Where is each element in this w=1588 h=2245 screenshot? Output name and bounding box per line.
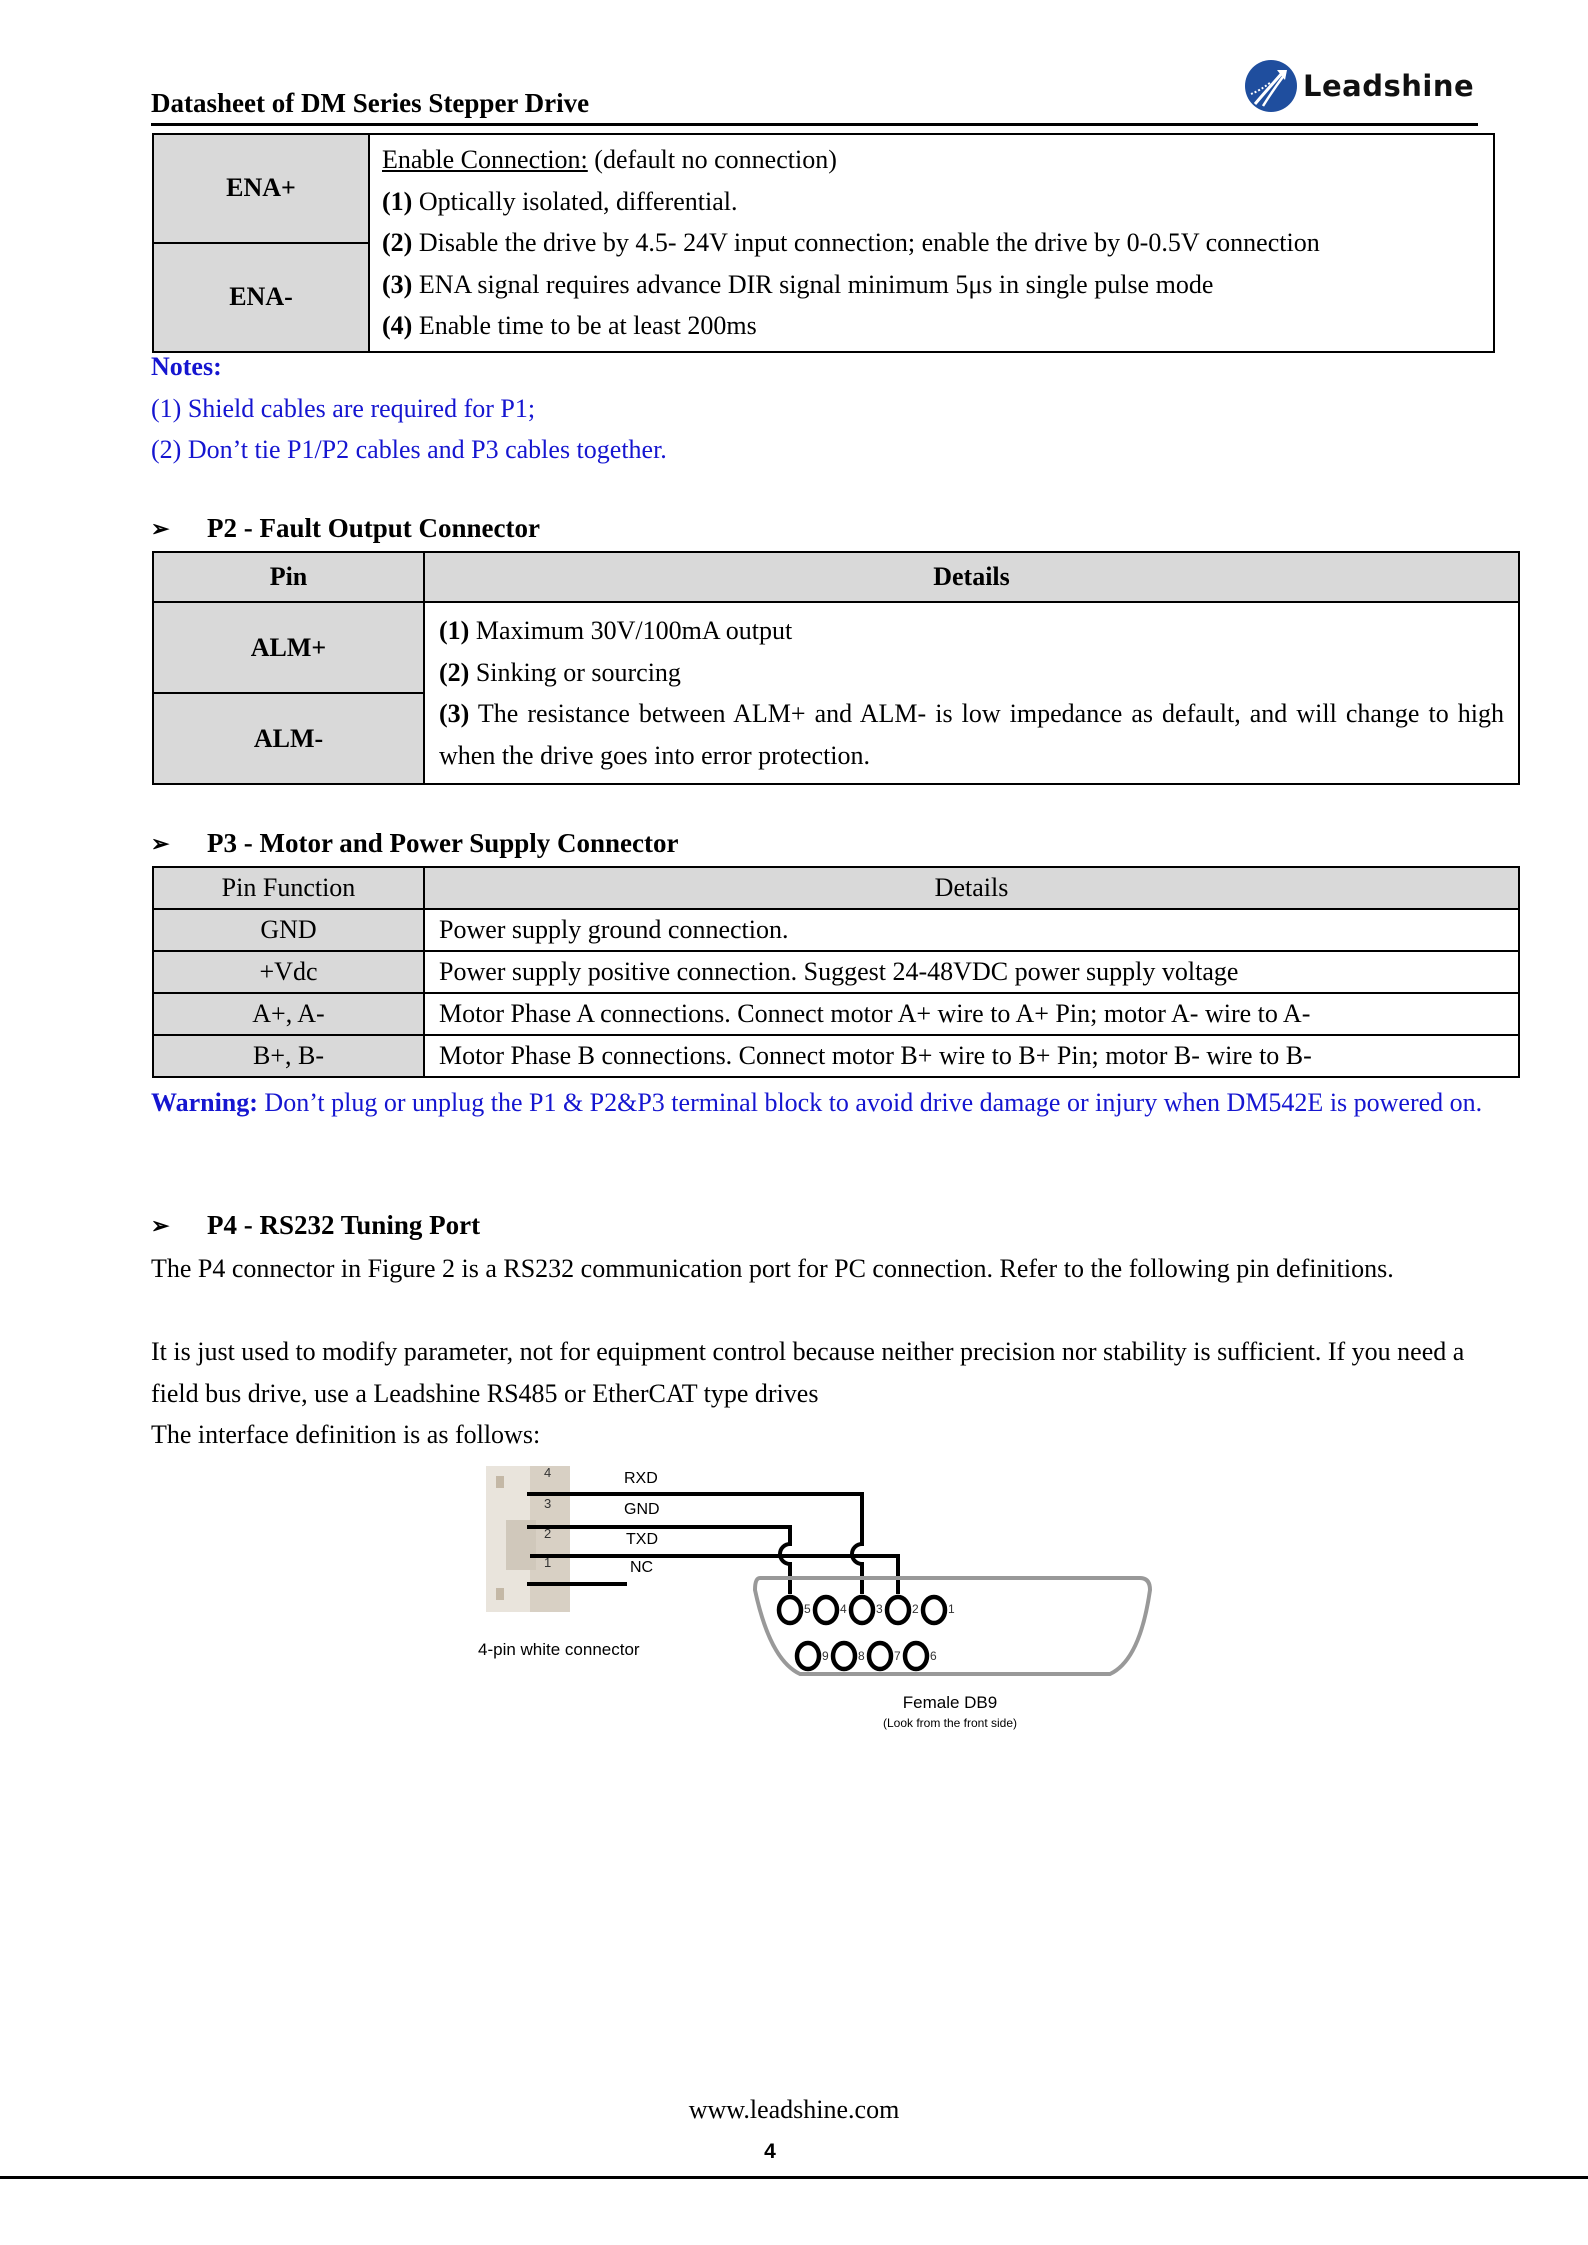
db9-pin-num: 4: [840, 1602, 847, 1616]
arrow-bullet-icon: ➢: [151, 1213, 207, 1239]
connector-pin-num: 4: [544, 1465, 551, 1480]
connector-pin-num: 3: [544, 1496, 551, 1511]
pin-detail: Motor Phase A connections. Connect motor…: [424, 993, 1519, 1035]
footer-url[interactable]: www.leadshine.com: [0, 2095, 1588, 2125]
notes: Notes: (1) Shield cables are required fo…: [151, 346, 667, 471]
db9-pin-num: 1: [948, 1602, 955, 1616]
document-title: Datasheet of DM Series Stepper Drive: [151, 88, 589, 119]
pin-alm-plus: ALM+: [153, 602, 424, 693]
p2-detail-1: (1) Maximum 30V/100mA output: [439, 610, 1504, 652]
pin-ena-minus: ENA-: [153, 243, 369, 352]
warning-label: Warning:: [151, 1088, 258, 1117]
note-item: (1) Shield cables are required for P1;: [151, 388, 667, 430]
col-pin: Pin: [153, 552, 424, 602]
arrow-bullet-icon: ➢: [151, 831, 207, 857]
col-details: Details: [424, 867, 1519, 909]
ena-details-heading-suffix: (default no connection): [588, 145, 837, 174]
warning-text: Don’t plug or unplug the P1 & P2&P3 term…: [258, 1088, 1482, 1117]
p2-heading: ➢ P2 - Fault Output Connector: [151, 513, 540, 544]
note-item: (2) Don’t tie P1/P2 cables and P3 cables…: [151, 429, 667, 471]
db9-title: Female DB9: [760, 1693, 1140, 1713]
p2-detail-2: (2) Sinking or sourcing: [439, 652, 1504, 694]
p4-paragraph-3: The interface definition is as follows:: [151, 1414, 1517, 1456]
brand-logo: Leadshine: [1245, 60, 1474, 112]
signal-label: GND: [624, 1501, 660, 1519]
pin-function: A+, A-: [153, 993, 424, 1035]
ena-detail-1: (1) Optically isolated, differential.: [382, 181, 1481, 223]
pin-detail: Power supply ground connection.: [424, 909, 1519, 951]
logo-text: Leadshine: [1303, 69, 1474, 103]
header-rule: [151, 123, 1478, 126]
db9-pin-num: 3: [876, 1602, 883, 1616]
ena-details-heading: Enable Connection:: [382, 145, 588, 174]
p2-details: (1) Maximum 30V/100mA output (2) Sinking…: [424, 602, 1519, 784]
db9-pin-num: 2: [912, 1602, 919, 1616]
arrow-bullet-icon: ➢: [151, 516, 207, 542]
warning: Warning: Don’t plug or unplug the P1 & P…: [151, 1082, 1519, 1124]
signal-label: RXD: [624, 1470, 658, 1488]
table-row: GND Power supply ground connection.: [153, 909, 1519, 951]
p4-heading-text: P4 - RS232 Tuning Port: [207, 1210, 480, 1241]
leadshine-logo-icon: [1245, 60, 1297, 112]
signal-label: NC: [630, 1559, 653, 1577]
p3-table: Pin Function Details GND Power supply gr…: [152, 866, 1520, 1078]
col-details: Details: [424, 552, 1519, 602]
pin-function: +Vdc: [153, 951, 424, 993]
ena-table: ENA+ Enable Connection: (default no conn…: [152, 133, 1495, 353]
p2-heading-text: P2 - Fault Output Connector: [207, 513, 540, 544]
signal-label: TXD: [626, 1531, 658, 1549]
4pin-connector-icon: [486, 1466, 570, 1612]
p3-heading: ➢ P3 - Motor and Power Supply Connector: [151, 828, 679, 859]
pin-ena-plus: ENA+: [153, 134, 369, 243]
ena-details: Enable Connection: (default no connectio…: [369, 134, 1494, 352]
notes-title: Notes:: [151, 346, 667, 388]
ena-detail-2: (2) Disable the drive by 4.5- 24V input …: [382, 222, 1481, 264]
pin-alm-minus: ALM-: [153, 693, 424, 784]
table-row: A+, A- Motor Phase A connections. Connec…: [153, 993, 1519, 1035]
p4-paragraph-2: It is just used to modify parameter, not…: [151, 1331, 1517, 1414]
table-row: B+, B- Motor Phase B connections. Connec…: [153, 1035, 1519, 1077]
p3-heading-text: P3 - Motor and Power Supply Connector: [207, 828, 679, 859]
pin-detail: Power supply positive connection. Sugges…: [424, 951, 1519, 993]
p2-table: Pin Details ALM+ (1) Maximum 30V/100mA o…: [152, 551, 1520, 785]
connector-pin-num: 1: [544, 1555, 551, 1570]
ena-detail-4: (4) Enable time to be at least 200ms: [382, 305, 1481, 347]
footer-rule: [0, 2176, 1588, 2179]
db9-pin-num: 8: [858, 1649, 865, 1663]
ena-detail-3: (3) ENA signal requires advance DIR sign…: [382, 264, 1481, 306]
pin-function: GND: [153, 909, 424, 951]
col-pin-function: Pin Function: [153, 867, 424, 909]
page-number: 4: [0, 2140, 1540, 2164]
db9-subtitle: (Look from the front side): [760, 1716, 1140, 1730]
p4-paragraph-1: The P4 connector in Figure 2 is a RS232 …: [151, 1248, 1517, 1290]
rs232-wiring-diagram: 4 3 2 1 RXD GND TXD NC 4-pin white conne…: [470, 1460, 1170, 1740]
db9-pin-num: 7: [894, 1649, 901, 1663]
db9-pin-num: 5: [804, 1602, 811, 1616]
table-row: +Vdc Power supply positive connection. S…: [153, 951, 1519, 993]
pin-function: B+, B-: [153, 1035, 424, 1077]
pin-detail: Motor Phase B connections. Connect motor…: [424, 1035, 1519, 1077]
db9-pin-num: 9: [822, 1649, 829, 1663]
db9-pin-num: 6: [930, 1649, 937, 1663]
p2-detail-3: (3) The resistance between ALM+ and ALM-…: [439, 693, 1504, 776]
p4-heading: ➢ P4 - RS232 Tuning Port: [151, 1210, 480, 1241]
connector-pin-num: 2: [544, 1526, 551, 1541]
connector-label: 4-pin white connector: [478, 1640, 640, 1660]
